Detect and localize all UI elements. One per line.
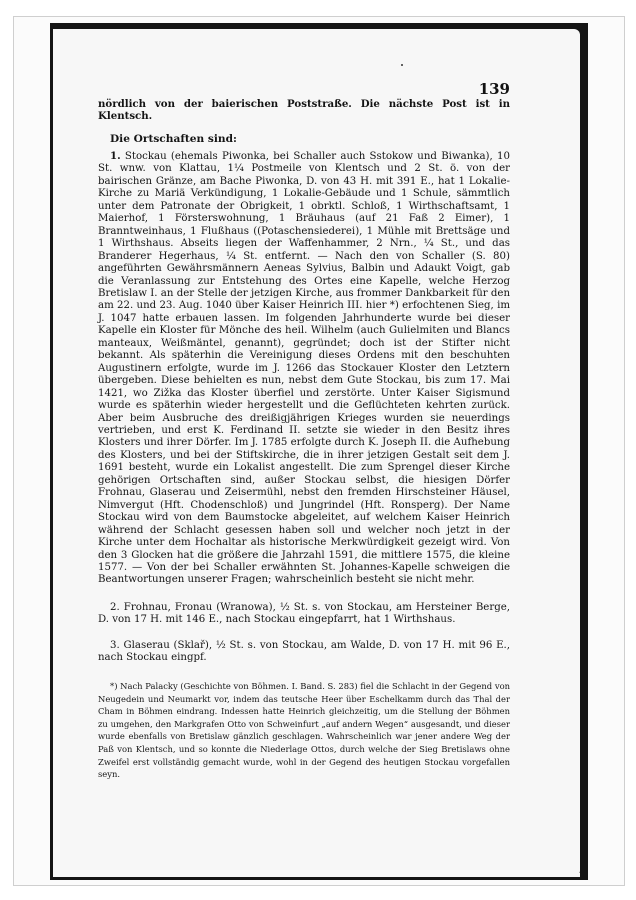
entry-number: 1. (110, 150, 121, 162)
entry-text: Frohnau, Fronau (Wranowa), ½ St. s. von … (98, 602, 510, 625)
entry-2: 2. Frohnau, Fronau (Wranowa), ½ St. s. v… (98, 602, 510, 627)
entry-1: 1. Stockau (ehemals Piwonka, bei Schalle… (98, 150, 510, 587)
footnote-text: *) Nach Palacky (Geschichte von Böhmen. … (98, 680, 510, 781)
footnote: *) Nach Palacky (Geschichte von Böhmen. … (98, 680, 510, 781)
entry-number: 3. (110, 640, 120, 651)
page-number: 139 (470, 80, 510, 98)
scan-speck (401, 64, 403, 66)
entry-3: 3. Glaserau (Sklař), ½ St. s. von Stocka… (98, 640, 510, 665)
entry-text: Stockau (ehemals Piwonka, bei Schaller a… (98, 151, 510, 585)
section-heading: Die Ortschaften sind: (110, 133, 522, 145)
entry-number: 2. (110, 602, 120, 613)
entry-text: Glaserau (Sklař), ½ St. s. von Stockau, … (98, 640, 510, 663)
intro-paragraph: nördlich von der baierischen Poststraße.… (98, 98, 510, 123)
